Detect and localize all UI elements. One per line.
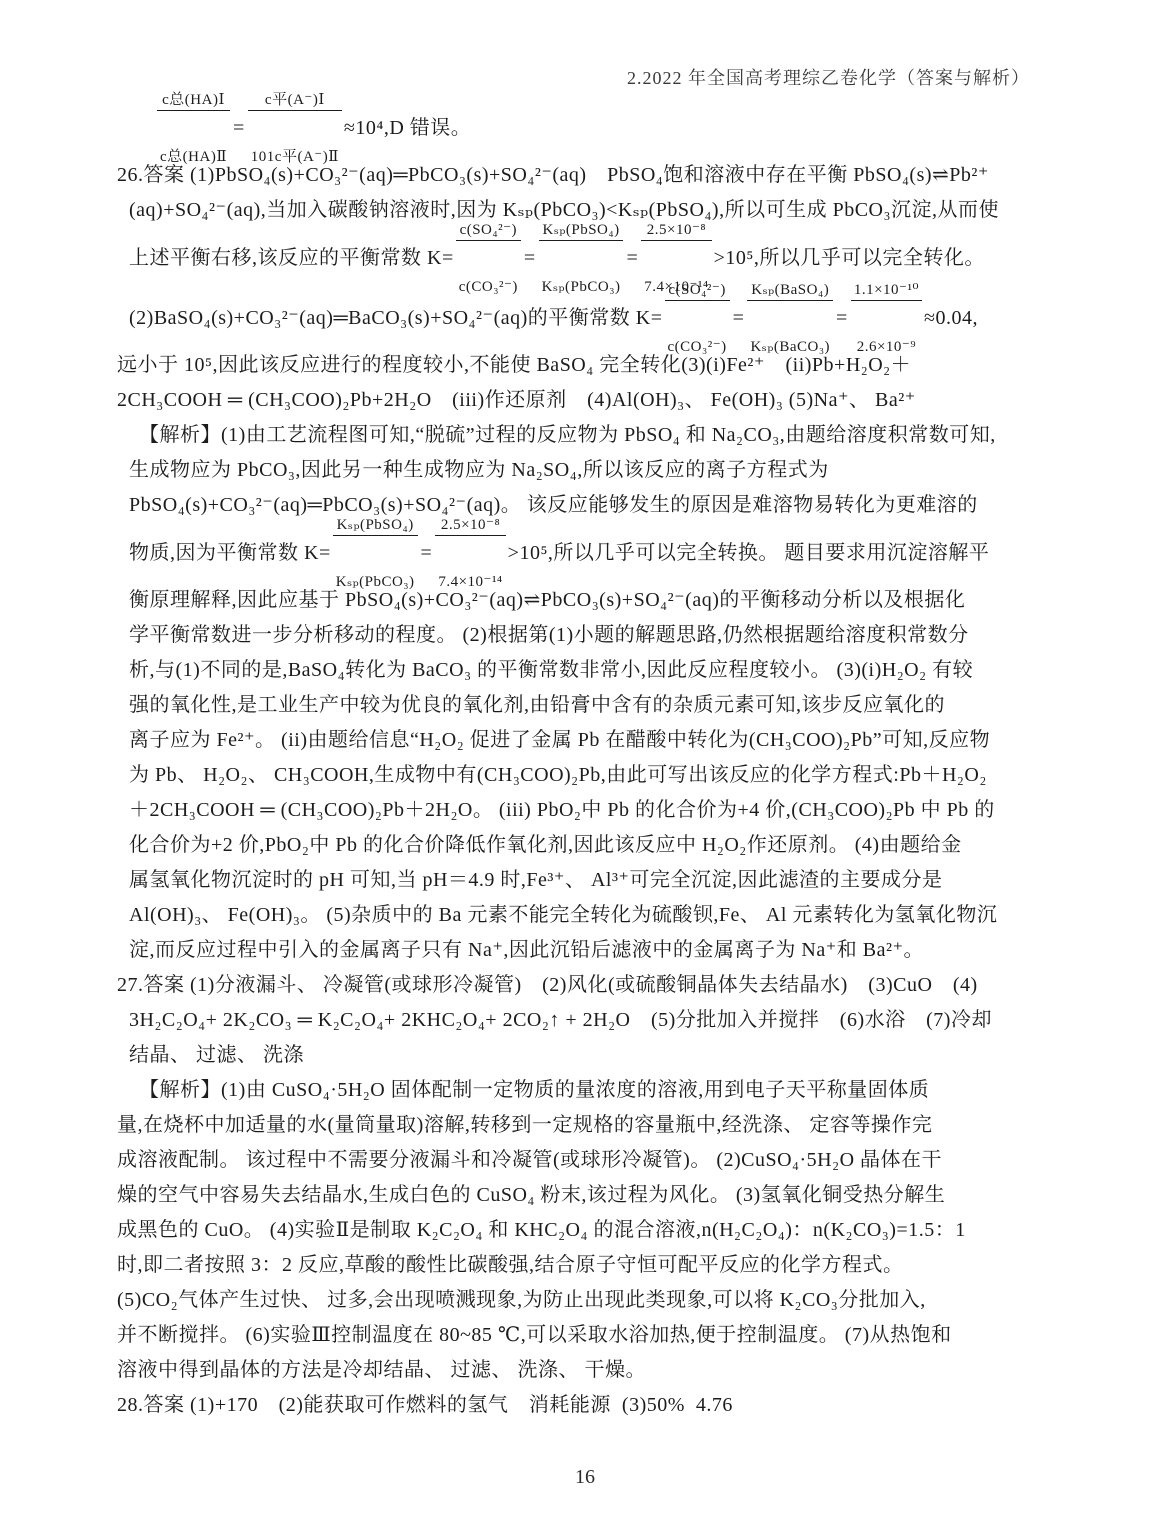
line-q27-11: 并不断搅拌。 (6)实验Ⅲ控制温度在 80~85 ℃,可以采取水浴加热,便于控制… — [117, 1318, 1052, 1353]
fraction-numerator: 2.5×10⁻⁸ — [435, 516, 505, 536]
fraction-numerator: 1.1×10⁻¹⁰ — [851, 281, 922, 301]
line-q26-7: 【解析】(1)由工艺流程图可知,“脱硫”过程的反应物为 PbSO₄ 和 Na₂C… — [117, 418, 1052, 453]
line-q26-14: 强的氧化性,是工业生产中较为优良的氧化剂,由铅膏中含有的杂质元素可知,该步反应氧… — [117, 688, 1052, 723]
line-q26-11: 衡原理解释,因此应基于 PbSO₄(s)+CO₃²⁻(aq)⇌PbCO₃(s)+… — [117, 583, 1052, 618]
fraction-numerator: 2.5×10⁻⁸ — [641, 221, 711, 241]
equals-sign: = — [733, 301, 745, 336]
equals-sign: = — [524, 241, 536, 276]
line-q27-4: 【解析】(1)由 CuSO₄·5H₂O 固体配制一定物质的量浓度的溶液,用到电子… — [117, 1073, 1052, 1108]
header-title: 2.2022 年全国高考理综乙卷化学（答案与解析） — [627, 68, 1030, 88]
line-q27-7: 燥的空气中容易失去结晶水,生成白色的 CuSO₄ 粉末,该过程为风化。 (3)氢… — [117, 1178, 1052, 1213]
fraction-numerator: c(SO₄²⁻) — [665, 281, 730, 301]
line-text: >10⁵,所以几乎可以完全转换。 题目要求用沉淀溶解平 — [508, 536, 990, 571]
line-q26-15: 离子应为 Fe²⁺。 (ii)由题给信息“H₂O₂ 促进了金属 Pb 在醋酸中转… — [117, 723, 1052, 758]
page-footer: 16 — [0, 1466, 1170, 1489]
line-q26-16: 为 Pb、 H₂O₂、 CH₃COOH,生成物中有(CH₃COO)₂Pb,由此可… — [117, 758, 1052, 793]
line-q26-8: 生成物应为 PbCO₃,因此另一种生成物应为 Na₂SO₄,所以该反应的离子方程… — [117, 453, 1052, 488]
fraction-numerator: Kₛₚ(BaSO₄) — [747, 281, 833, 301]
fraction-numerator: Kₛₚ(PbSO₄) — [333, 516, 418, 536]
line-text: (2)BaSO₄(s)+CO₃²⁻(aq)═BaCO₃(s)+SO₄²⁻(aq)… — [129, 301, 663, 336]
equals-sign: = — [233, 111, 245, 146]
line-q26-18: 化合价为+2 价,PbO₂中 Pb 的化合价降低作氧化剂,因此该反应中 H₂O₂… — [117, 828, 1052, 863]
equals-sign: = — [421, 536, 433, 571]
fraction-numerator: c总(HA)Ⅰ — [157, 91, 230, 111]
line-q27-5: 量,在烧杯中加适量的水(量筒量取)溶解,转移到一定规格的容量瓶中,经洗涤、 定容… — [117, 1108, 1052, 1143]
line-q26-17: ＋2CH₃COOH ═ (CH₃COO)₂Pb＋2H₂O。 (iii) PbO₂… — [117, 793, 1052, 828]
line-d-conclusion: c总(HA)Ⅰ c总(HA)Ⅱ = c平(A⁻)Ⅰ 101c平(A⁻)Ⅱ ≈10… — [117, 98, 1052, 158]
line-text: ≈0.04, — [924, 301, 978, 336]
equals-sign: = — [836, 301, 848, 336]
line-q27-12: 溶液中得到晶体的方法是冷却结晶、 过滤、 洗涤、 干燥。 — [117, 1353, 1052, 1388]
line-q27-1: 27.答案 (1)分液漏斗、 冷凝管(或球形冷凝管) (2)风化(或硫酸铜晶体失… — [117, 968, 1052, 1003]
line-q27-2: 3H₂C₂O₄+ 2K₂CO₃ ═ K₂C₂O₄+ 2KHC₂O₄+ 2CO₂↑… — [117, 1003, 1052, 1038]
page-number: 16 — [575, 1466, 595, 1488]
fraction-numerator: c(SO₄²⁻) — [456, 221, 521, 241]
line-text: 上述平衡右移,该反应的平衡常数 K= — [129, 241, 454, 276]
line-q26-20: Al(OH)₃、 Fe(OH)₃。 (5)杂质中的 Ba 元素不能完全转化为硫酸… — [117, 898, 1052, 933]
line-q26-9: PbSO₄(s)+CO₃²⁻(aq)═PbCO₃(s)+SO₄²⁻(aq)。 该… — [117, 488, 1052, 523]
line-q27-8: 成黑色的 CuO。 (4)实验Ⅱ是制取 K₂C₂O₄ 和 KHC₂O₄ 的混合溶… — [117, 1213, 1052, 1248]
line-q26-13: 析,与(1)不同的是,BaSO₄转化为 BaCO₃ 的平衡常数非常小,因此反应程… — [117, 653, 1052, 688]
line-q26-10: 物质,因为平衡常数 K= Kₛₚ(PbSO₄) Kₛₚ(PbCO₃) = 2.5… — [117, 523, 1052, 583]
fraction-numerator: c平(A⁻)Ⅰ — [248, 91, 342, 111]
equals-sign: = — [626, 241, 638, 276]
document-body: c总(HA)Ⅰ c总(HA)Ⅱ = c平(A⁻)Ⅰ 101c平(A⁻)Ⅱ ≈10… — [0, 90, 1170, 1423]
line-q26-12: 学平衡常数进一步分析移动的程度。 (2)根据第(1)小题的解题思路,仍然根据题给… — [117, 618, 1052, 653]
line-text: ≈10⁴,D 错误。 — [344, 111, 471, 146]
line-q27-3: 结晶、 过滤、 洗涤 — [117, 1038, 1052, 1073]
line-q27-10: (5)CO₂气体产生过快、 过多,会出现喷溅现象,为防止出现此类现象,可以将 K… — [117, 1283, 1052, 1318]
fraction-numerator: Kₛₚ(PbSO₄) — [539, 221, 624, 241]
fraction-denominator: Kₛₚ(PbCO₃) — [539, 277, 624, 296]
line-q26-21: 淀,而反应过程中引入的金属离子只有 Na⁺,因此沉铅后滤液中的金属离子为 Na⁺… — [117, 933, 1052, 968]
line-q26-6: 2CH₃COOH ═ (CH₃COO)₂Pb+2H₂O (iii)作还原剂 (4… — [117, 383, 1052, 418]
fraction-denominator: c(CO₃²⁻) — [456, 277, 521, 296]
line-text: 物质,因为平衡常数 K= — [129, 536, 331, 571]
line-q28-1: 28.答案 (1)+170 (2)能获取可作燃料的氢气 消耗能源 (3)50% … — [117, 1388, 1052, 1423]
line-q26-19: 属氢氧化物沉淀时的 pH 可知,当 pH＝4.9 时,Fe³⁺、 Al³⁺可完全… — [117, 863, 1052, 898]
line-q27-6: 成溶液配制。 该过程中不需要分液漏斗和冷凝管(或球形冷凝管)。 (2)CuSO₄… — [117, 1143, 1052, 1178]
line-q27-9: 时,即二者按照 3：2 反应,草酸的酸性比碳酸强,结合原子守恒可配平反应的化学方… — [117, 1248, 1052, 1283]
